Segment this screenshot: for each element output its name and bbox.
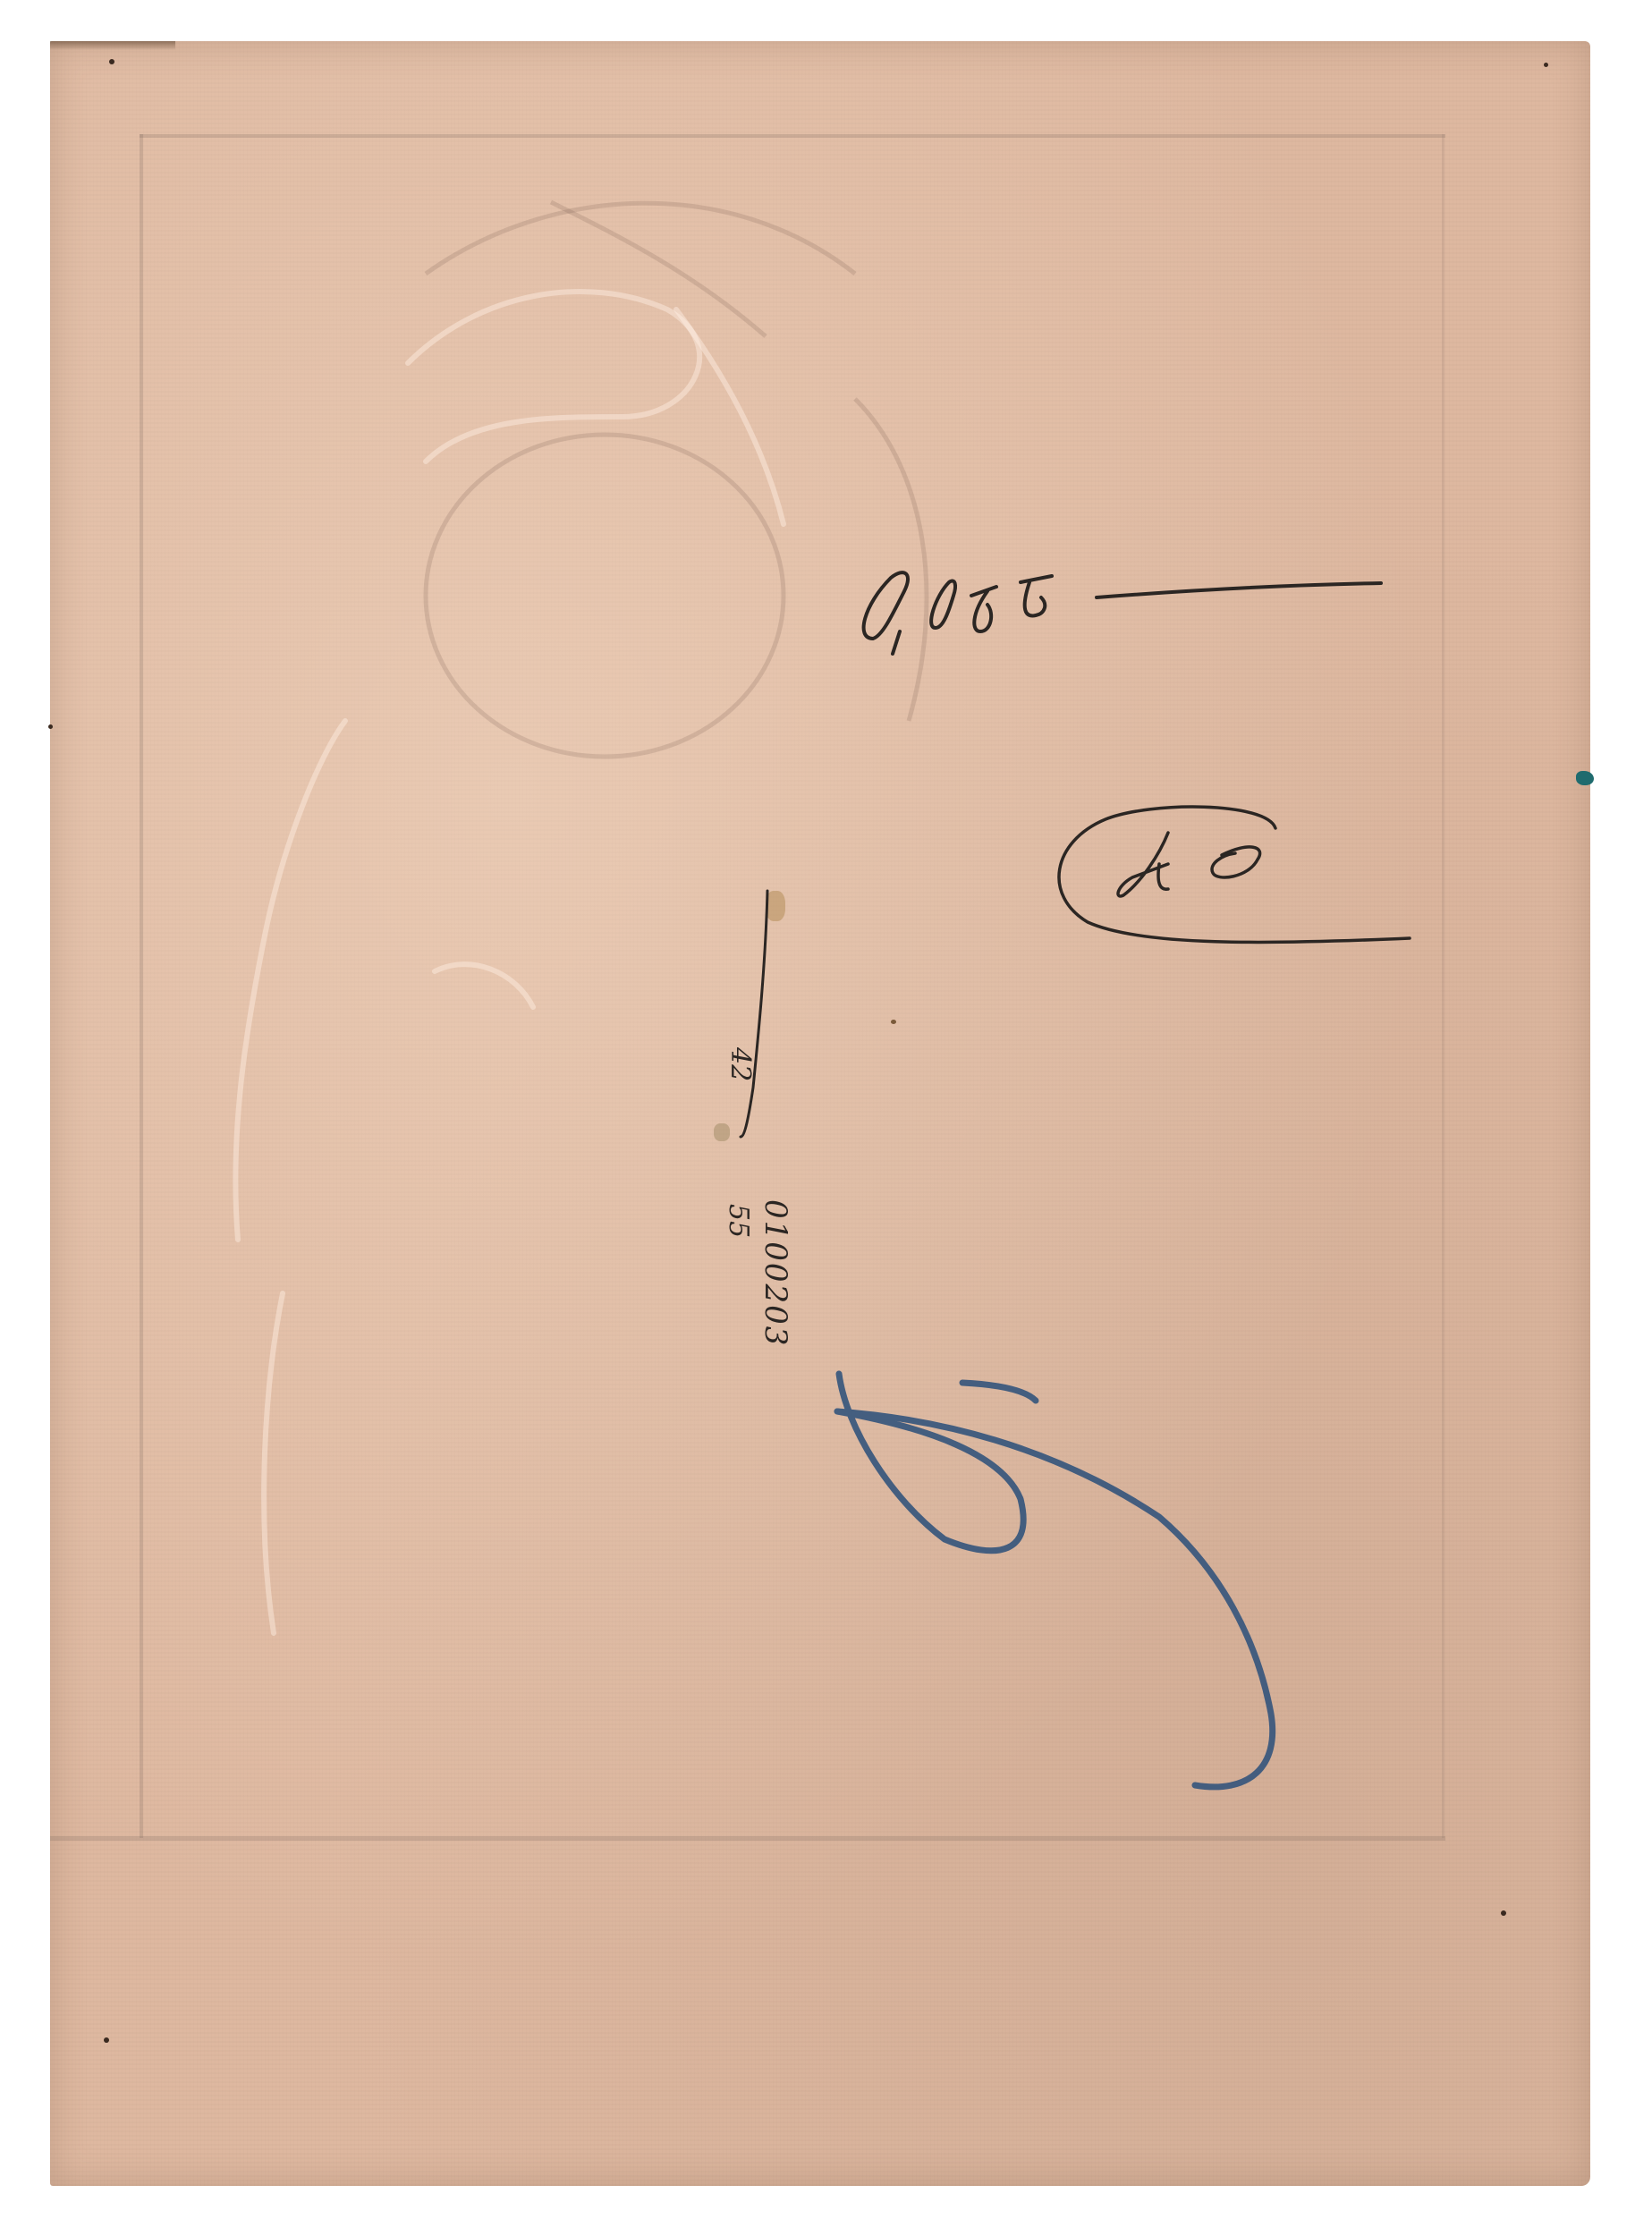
paper-sheet: 0,055 — НО 0100203 55 42: [50, 41, 1590, 2186]
svg-text:42: 42: [724, 1046, 756, 1081]
speck: [1544, 63, 1548, 67]
vertical-inscription-strokes: 0100203 55 42: [712, 882, 855, 1258]
circled-note-strokes: [1034, 792, 1445, 962]
speck: [104, 2037, 109, 2043]
top-edge-crease: [50, 41, 175, 50]
speck: [109, 59, 114, 64]
blue-mark-strokes: [819, 1338, 1356, 1821]
plate-mark-top: [140, 134, 1445, 138]
plate-mark-bottom: [50, 1836, 1445, 1841]
teal-ink-mark: [1576, 771, 1594, 785]
svg-text:0100203: 0100203: [758, 1199, 793, 1347]
plate-mark-left: [140, 134, 143, 1838]
svg-text:55: 55: [723, 1204, 754, 1238]
speck: [48, 724, 53, 729]
plate-mark-right: [1442, 134, 1444, 1838]
speck: [1501, 1910, 1506, 1916]
price-note-strokes: [837, 542, 1427, 667]
speck: [891, 1020, 896, 1024]
